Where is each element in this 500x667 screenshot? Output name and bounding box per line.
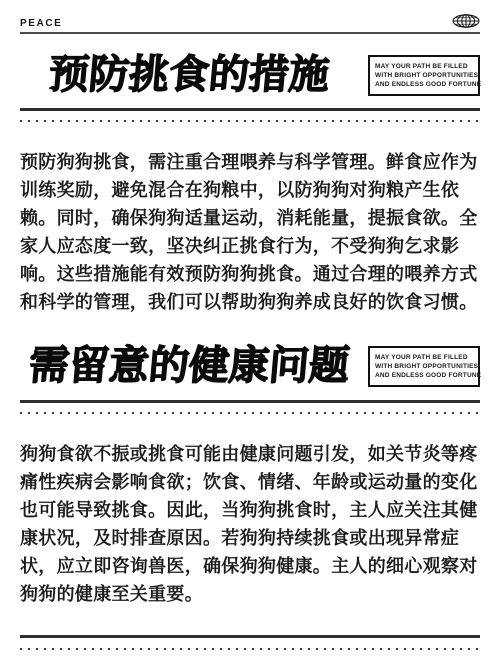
motto-line: MAY YOUR PATH BE FILLED (375, 62, 473, 71)
paragraph-line: 家人应态度一致，坚决纠正挑食行为，不受狗狗乞求影 (20, 232, 480, 260)
section1-heading-row: 预防挑食的措施 MAY YOUR PATH BE FILLED WITH BRI… (20, 51, 480, 99)
paragraph-line: 狗狗的健康至关重要。 (20, 580, 480, 608)
dotted-rule (20, 648, 480, 650)
article-card: PEACE 预防挑食的措施 MAY YOUR PATH BE FILLED WI… (0, 0, 500, 667)
paragraph-line: 赖。同时，确保狗狗适量运动，消耗能量，提振食欲。全 (20, 204, 480, 232)
paragraph-line: 状，应立即咨询兽医，确保狗狗健康。主人的细心观察对 (20, 552, 480, 580)
paragraph-line: 康状况，及时排查原因。若狗狗持续挑食或出现异常症 (20, 524, 480, 552)
brand-label: PEACE (20, 18, 62, 29)
motto-line: MAY YOUR PATH BE FILLED (375, 353, 473, 362)
solid-rule (20, 400, 480, 403)
section1-paragraph: 预防狗狗挑食，需注重合理喂养与科学管理。鲜食应作为 训练奖励，避免混合在狗粮中，… (20, 148, 480, 316)
section2-heading-row: 需留意的健康问题 MAY YOUR PATH BE FILLED WITH BR… (20, 342, 480, 390)
paragraph-line: 痛性疾病会影响食欲；饮食、情绪、年龄或运动量的变化 (20, 468, 480, 496)
paragraph-line: 响。这些措施能有效预防狗狗挑食。通过合理的喂养方式 (20, 260, 480, 288)
paragraph-line: 预防狗狗挑食，需注重合理喂养与科学管理。鲜食应作为 (20, 148, 480, 176)
paragraph-line: 也可能导致挑食。因此，当狗狗挑食时，主人应关注其健 (20, 496, 480, 524)
section2-divider (20, 400, 480, 414)
dotted-rule (20, 120, 480, 122)
section2-paragraph: 狗狗食欲不振或挑食可能由健康问题引发，如关节炎等疼 痛性疾病会影响食欲；饮食、情… (20, 440, 480, 608)
footer-divider (20, 635, 480, 650)
motto-line: AND ENDLESS GOOD FORTUNE (375, 80, 473, 89)
section1-title: 预防挑食的措施 (18, 52, 360, 98)
globe-icon (452, 14, 480, 28)
paragraph-line: 训练奖励，避免混合在狗粮中，以防狗狗对狗粮产生依 (20, 176, 480, 204)
dotted-rule (20, 412, 480, 414)
solid-rule (20, 108, 480, 111)
solid-rule (20, 635, 480, 638)
motto-box: MAY YOUR PATH BE FILLED WITH BRIGHT OPPO… (368, 55, 480, 96)
paragraph-line: 狗狗食欲不振或挑食可能由健康问题引发，如关节炎等疼 (20, 440, 480, 468)
section1-divider (20, 108, 480, 122)
section2-title: 需留意的健康问题 (18, 343, 360, 389)
motto-line: WITH BRIGHT OPPORTUNITIES (375, 362, 473, 371)
motto-box: MAY YOUR PATH BE FILLED WITH BRIGHT OPPO… (368, 346, 480, 387)
top-header: PEACE (20, 14, 480, 34)
motto-line: WITH BRIGHT OPPORTUNITIES (375, 71, 473, 80)
motto-line: AND ENDLESS GOOD FORTUNE (375, 371, 473, 380)
paragraph-line: 和科学的管理，我们可以帮助狗狗养成良好的饮食习惯。 (20, 288, 480, 316)
